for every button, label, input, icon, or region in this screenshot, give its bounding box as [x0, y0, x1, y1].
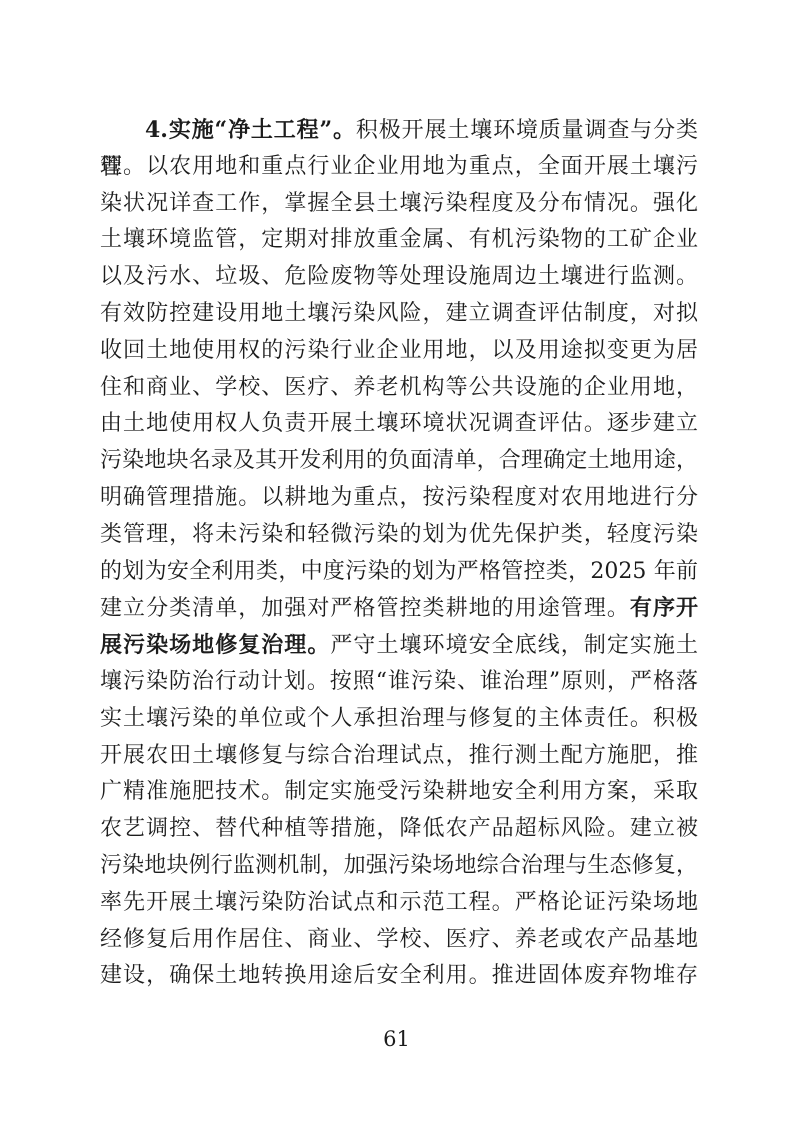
text-line: 建立分类清单，加强对严格管控类耕地的用途管理。有序开 [100, 590, 698, 627]
text-segment: 农艺调控、替代种植等措施，降低农产品超标风险。建立被 [100, 816, 698, 841]
text-segment: 住和商业、学校、医疗、养老机构等公共设施的企业用地， [100, 375, 698, 400]
text-segment: 建设，确保土地转换用途后安全利用。推进固体废弃物堆存 [100, 963, 698, 988]
text-line: 开展农田土壤修复与综合治理试点，推行测土配方施肥，推 [100, 738, 698, 775]
text-segment: 建立分类清单，加强对严格管控类耕地的用途管理。 [100, 596, 630, 621]
text-segment: 明确管理措施。以耕地为重点，按污染程度对农用地进行分 [100, 485, 698, 510]
text-line: 展污染场地修复治理。严守土壤环境安全底线，制定实施土 [100, 627, 698, 664]
text-segment: 实土壤污染的单位或个人承担治理与修复的主体责任。积极 [100, 706, 698, 731]
text-segment: 率先开展土壤污染防治试点和示范工程。严格论证污染场地 [100, 890, 698, 915]
text-line: 率先开展土壤污染防治试点和示范工程。严格论证污染场地 [100, 885, 698, 922]
text-line: 经修复后用作居住、商业、学校、医疗、养老或农产品基地 [100, 922, 698, 959]
text-line: 土壤环境监管，定期对排放重金属、有机污染物的工矿企业 [100, 222, 698, 259]
text-segment: 壤污染防治行动计划。按照“谁污染、谁治理”原则，严格落 [100, 669, 698, 694]
text-line: 以及污水、垃圾、危险废物等处理设施周边土壤进行监测。 [100, 259, 698, 296]
text-segment: 类管理，将未污染和轻微污染的划为优先保护类，轻度污染 [100, 522, 698, 547]
text-segment: 以及污水、垃圾、危险废物等处理设施周边土壤进行监测。 [100, 264, 698, 289]
text-line: 建设，确保土地转换用途后安全利用。推进固体废弃物堆存 [100, 958, 698, 995]
text-line: 明确管理措施。以耕地为重点，按污染程度对农用地进行分 [100, 480, 698, 517]
text-line: 收回土地使用权的污染行业企业用地，以及用途拟变更为居 [100, 333, 698, 370]
text-segment: 染状况详查工作，掌握全县土壤污染程度及分布情况。强化 [100, 191, 698, 216]
text-segment: 由土地使用权人负责开展土壤环境状况调查评估。逐步建立 [100, 411, 698, 436]
page-number: 61 [0, 1024, 793, 1054]
paragraph: 4.实施“净土工程”。积极开展土壤环境质量调查与分类管理。以农用地和重点行业企业… [100, 112, 698, 995]
text-segment: 有序开 [630, 595, 698, 621]
text-line: 实土壤污染的单位或个人承担治理与修复的主体责任。积极 [100, 701, 698, 738]
text-line: 类管理，将未污染和轻微污染的划为优先保护类，轻度污染 [100, 517, 698, 554]
text-line: 染状况详查工作，掌握全县土壤污染程度及分布情况。强化 [100, 186, 698, 223]
text-segment: 4.实施“净土工程”。 [145, 117, 356, 143]
text-segment: 的划为安全利用类，中度污染的划为严格管控类，2025 年前 [100, 559, 698, 584]
text-line: 农艺调控、替代种植等措施，降低农产品超标风险。建立被 [100, 811, 698, 848]
text-line: 壤污染防治行动计划。按照“谁污染、谁治理”原则，严格落 [100, 664, 698, 701]
text-line: 住和商业、学校、医疗、养老机构等公共设施的企业用地， [100, 370, 698, 407]
text-line: 由土地使用权人负责开展土壤环境状况调查评估。逐步建立 [100, 406, 698, 443]
text-line: 广精准施肥技术。制定实施受污染耕地安全利用方案，采取 [100, 774, 698, 811]
text-line: 4.实施“净土工程”。积极开展土壤环境质量调查与分类管 [100, 112, 698, 149]
text-segment: 污染地块例行监测机制，加强污染场地综合治理与生态修复， [100, 853, 698, 878]
text-segment: 开展农田土壤修复与综合治理试点，推行测土配方施肥，推 [100, 743, 698, 768]
text-segment: 展污染场地修复治理。 [100, 632, 330, 658]
text-line: 污染地块名录及其开发利用的负面清单，合理确定土地用途， [100, 443, 698, 480]
text-segment: 严守土壤环境安全底线，制定实施土 [330, 633, 698, 658]
text-line: 理。以农用地和重点行业企业用地为重点，全面开展土壤污 [100, 149, 698, 186]
text-segment: 土壤环境监管，定期对排放重金属、有机污染物的工矿企业 [100, 227, 698, 252]
text-segment: 经修复后用作居住、商业、学校、医疗、养老或农产品基地 [100, 927, 698, 952]
text-segment: 收回土地使用权的污染行业企业用地，以及用途拟变更为居 [100, 338, 698, 363]
text-segment: 有效防控建设用地土壤污染风险，建立调查评估制度，对拟 [100, 301, 698, 326]
document-page: 4.实施“净土工程”。积极开展土壤环境质量调查与分类管理。以农用地和重点行业企业… [0, 0, 793, 1122]
text-line: 有效防控建设用地土壤污染风险，建立调查评估制度，对拟 [100, 296, 698, 333]
text-segment: 理。以农用地和重点行业企业用地为重点，全面开展土壤污 [100, 154, 698, 179]
text-segment: 广精准施肥技术。制定实施受污染耕地安全利用方案，采取 [100, 779, 698, 804]
text-line: 的划为安全利用类，中度污染的划为严格管控类，2025 年前 [100, 554, 698, 591]
text-segment: 污染地块名录及其开发利用的负面清单，合理确定土地用途， [100, 448, 698, 473]
text-line: 污染地块例行监测机制，加强污染场地综合治理与生态修复， [100, 848, 698, 885]
